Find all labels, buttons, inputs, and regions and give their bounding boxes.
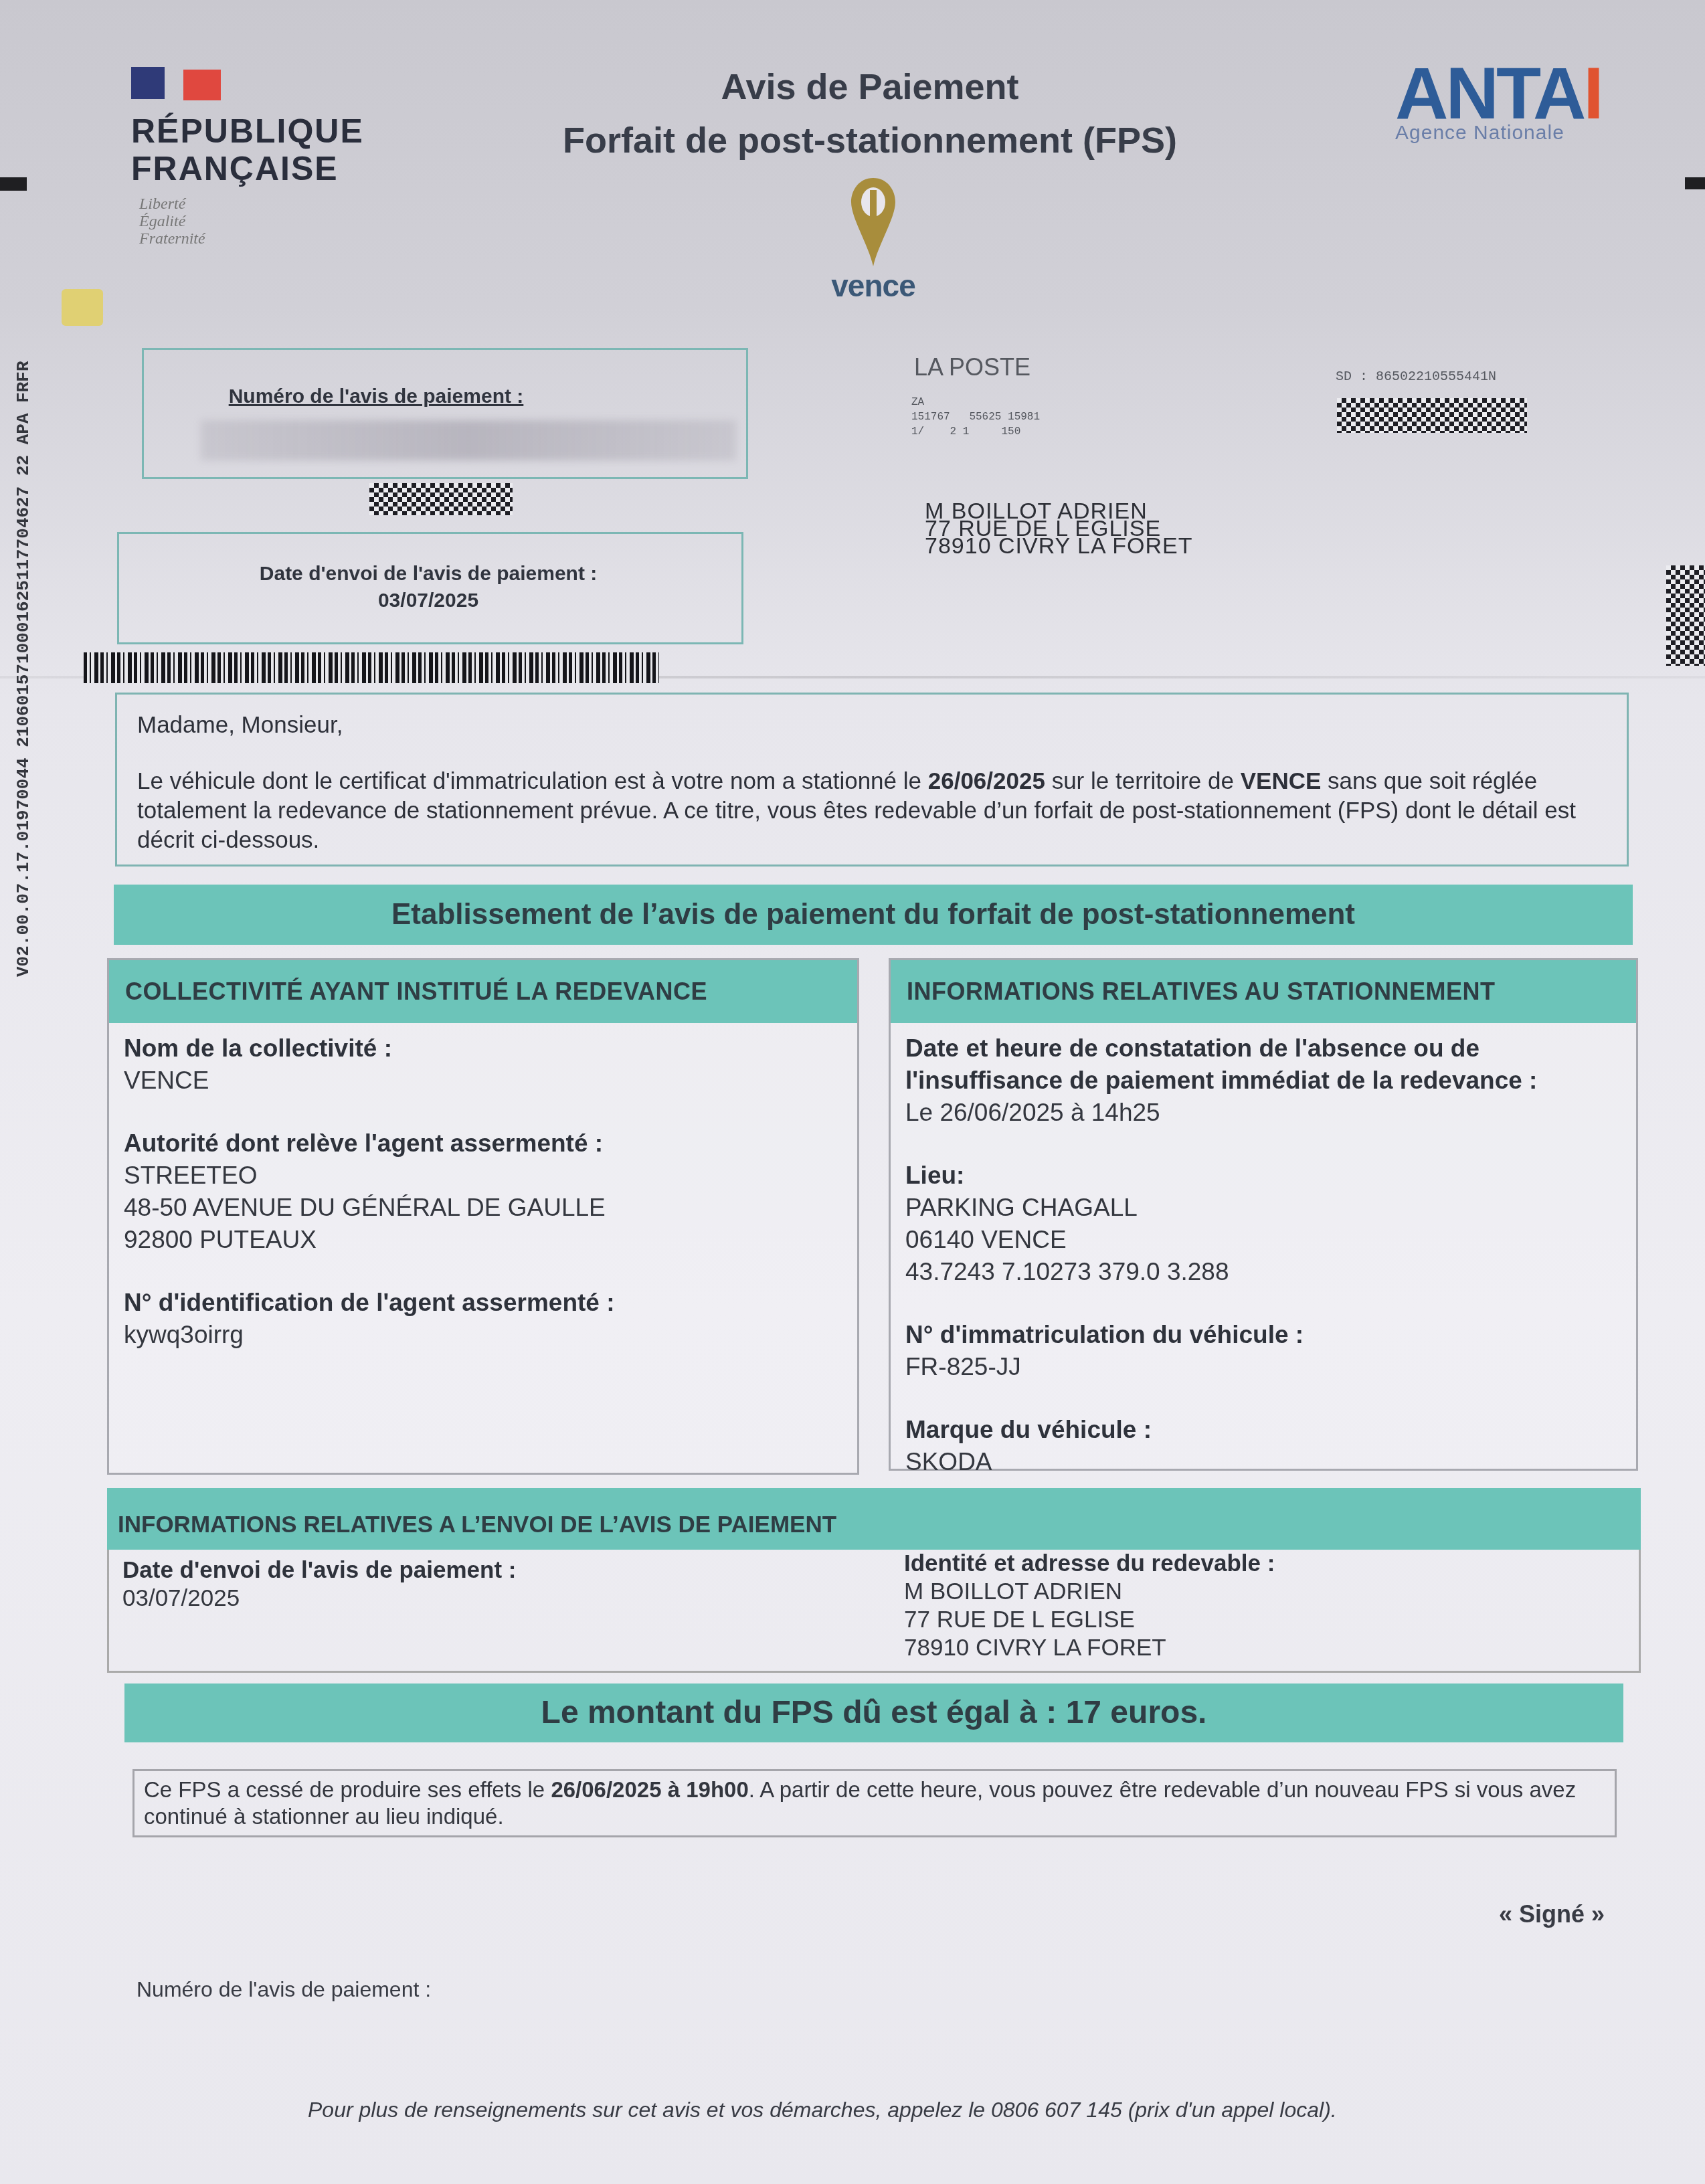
redevable-line: 77 RUE DE L EGLISE xyxy=(904,1606,1275,1634)
plate-value: FR-825-JJ xyxy=(905,1351,1621,1383)
footer-notice-number-label: Numéro de l'avis de paiement : xyxy=(137,1977,431,2002)
authority-label: Autorité dont relève l'agent assermenté … xyxy=(124,1127,842,1160)
signature: « Signé » xyxy=(1499,1900,1605,1928)
datetime-value: Le 26/06/2025 à 14h25 xyxy=(905,1097,1621,1129)
notice-number-redacted xyxy=(201,420,736,460)
side-reference-code: V02.00.07.17.01970044 210601571000162511… xyxy=(13,361,33,977)
vehicle-brand-value: SKODA xyxy=(905,1446,1621,1478)
antai-logo: ANTAI Agence Nationale xyxy=(1395,60,1601,145)
place-line: PARKING CHAGALL xyxy=(905,1192,1621,1224)
intro-letter: Madame, Monsieur, Le véhicule dont le ce… xyxy=(115,693,1629,867)
notice-number-label: Numéro de l'avis de paiement : xyxy=(142,385,610,408)
recipient-address: M BOILLOT ADRIEN 77 RUE DE L EGLISE 7891… xyxy=(925,503,1193,555)
barcode-icon xyxy=(84,652,659,683)
footer-help-text: Pour plus de renseignements sur cet avis… xyxy=(308,2098,1337,2122)
section-title-band: Etablissement de l’avis de paiement du f… xyxy=(114,885,1633,945)
send-date: Date d'envoi de l'avis de paiement : 03/… xyxy=(117,561,739,614)
postal-codes: ZA 151767 55625 15981 1/ 2 1 150 xyxy=(911,395,1040,439)
redevable-label: Identité et adresse du redevable : xyxy=(904,1550,1275,1578)
envoi-date-value: 03/07/2025 xyxy=(122,1584,517,1613)
postal-datamatrix-icon xyxy=(1337,398,1527,433)
place-line: 06140 VENCE xyxy=(905,1224,1621,1256)
redevable-line: M BOILLOT ADRIEN xyxy=(904,1578,1275,1606)
fold-mark-right xyxy=(1685,177,1705,189)
datetime-label: Date et heure de constatation de l'absen… xyxy=(905,1032,1621,1097)
agent-id-value: kywq3oirrg xyxy=(124,1319,842,1351)
collectivite-name-label: Nom de la collectivité : xyxy=(124,1032,842,1065)
collectivite-heading: COLLECTIVITÉ AYANT INSTITUÉ LA REDEVANCE xyxy=(109,960,857,1023)
republique-francaise-logo: RÉPUBLIQUE FRANÇAISE xyxy=(131,112,364,187)
location-pin-icon xyxy=(848,175,898,269)
envoi-section: INFORMATIONS RELATIVES A L’ENVOI DE L’AV… xyxy=(107,1488,1641,1673)
redevable-line: 78910 CIVRY LA FORET xyxy=(904,1634,1275,1662)
expiry-notice: Ce FPS a cessé de produire ses effets le… xyxy=(132,1769,1617,1837)
collectivite-name-value: VENCE xyxy=(124,1065,842,1097)
datamatrix-code-icon xyxy=(369,483,513,515)
intro-text: Le véhicule dont le certificat d'immatri… xyxy=(137,767,1607,855)
amount-due-band: Le montant du FPS dû est égal à : 17 eur… xyxy=(124,1683,1623,1742)
vehicle-brand-label: Marque du véhicule : xyxy=(905,1414,1621,1446)
republic-motto: Liberté Égalité Fraternité xyxy=(139,195,205,248)
plate-label: N° d'immatriculation du véhicule : xyxy=(905,1319,1621,1351)
stationnement-panel: INFORMATIONS RELATIVES AU STATIONNEMENT … xyxy=(889,958,1638,1471)
authority-line: 48-50 AVENUE DU GÉNÉRAL DE GAULLE xyxy=(124,1192,842,1224)
fold-mark-left xyxy=(0,177,27,191)
greeting: Madame, Monsieur, xyxy=(137,711,1607,740)
authority-line: STREETEO xyxy=(124,1160,842,1192)
document-title: Avis de Paiement Forfait de post-station… xyxy=(468,60,1271,167)
place-coordinates: 43.7243 7.10273 379.0 3.288 xyxy=(905,1256,1621,1288)
authority-line: 92800 PUTEAUX xyxy=(124,1224,842,1256)
la-poste-label: LA POSTE xyxy=(914,353,1030,381)
envoi-date-label: Date d'envoi de l'avis de paiement : xyxy=(122,1556,517,1584)
qr-code-edge-icon xyxy=(1666,565,1705,666)
stationnement-heading: INFORMATIONS RELATIVES AU STATIONNEMENT xyxy=(891,960,1636,1023)
place-label: Lieu: xyxy=(905,1160,1621,1192)
marianne-flag-icon xyxy=(131,67,225,100)
yellow-sticker xyxy=(62,289,103,326)
vence-logo: vence xyxy=(803,268,944,304)
collectivite-panel: COLLECTIVITÉ AYANT INSTITUÉ LA REDEVANCE… xyxy=(107,958,859,1475)
envoi-heading: INFORMATIONS RELATIVES A L’ENVOI DE L’AV… xyxy=(107,1488,1641,1550)
agent-id-label: N° d'identification de l'agent asserment… xyxy=(124,1287,842,1319)
sd-code: SD : 86502210555441N xyxy=(1336,369,1496,385)
